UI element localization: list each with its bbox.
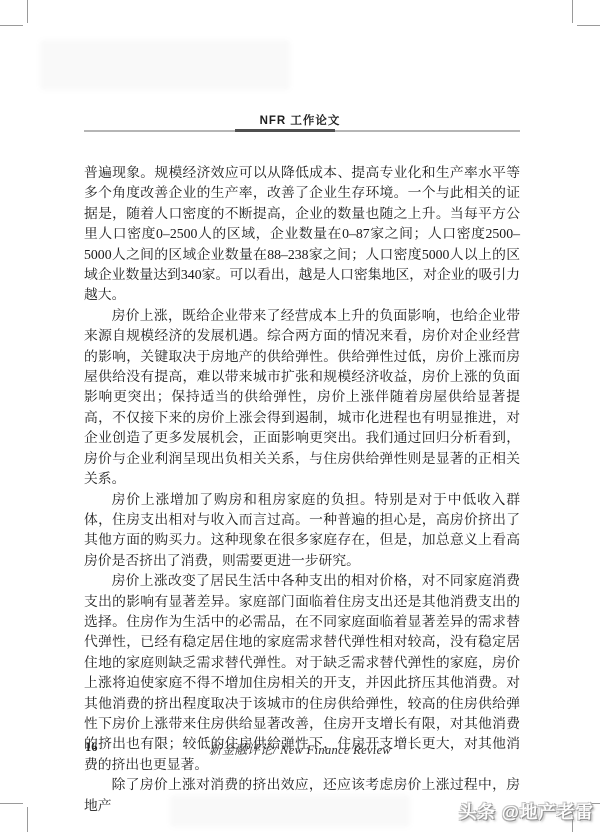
crop-mark-top-left-horizontal [0, 25, 23, 26]
crop-mark-top-right-vertical [572, 0, 573, 23]
crop-mark-bottom-left-horizontal [0, 803, 23, 804]
article-body: 普遍现象。规模经济效应可以从降低成本、提高专业化和生产率水平等多个角度改善企业的… [84, 163, 520, 816]
paragraph: 房价上涨增加了购房和租房家庭的负担。特别是对于中低收入群体，住房支出相对与收入而… [84, 490, 520, 572]
header-rule-dark [235, 129, 335, 132]
paragraph: 除了房价上涨对消费的挤出效应，还应该考虑房价上涨过程中，房地产 [84, 775, 520, 816]
crop-mark-top-right-horizontal [577, 25, 600, 26]
scanned-document-page: NFR 工作论文 普遍现象。规模经济效应可以从降低成本、提高专业化和生产率水平等… [0, 0, 600, 832]
running-head-title: NFR 工作论文 [0, 112, 600, 128]
crop-mark-top-left-vertical [27, 0, 28, 23]
scan-artifact-smudge [40, 40, 290, 90]
crop-mark-bottom-left-vertical [27, 807, 28, 832]
journal-title: 新金融评论/ New Finance Review [0, 740, 600, 758]
toutiao-watermark: 头条 @地产老雷 [459, 799, 594, 824]
paragraph: 房价上涨，既给企业带来了经营成本上升的负面影响，也给企业带来源自规模经济的发展机… [84, 306, 520, 490]
paragraph-continuation: 普遍现象。规模经济效应可以从降低成本、提高专业化和生产率水平等多个角度改善企业的… [84, 163, 520, 306]
